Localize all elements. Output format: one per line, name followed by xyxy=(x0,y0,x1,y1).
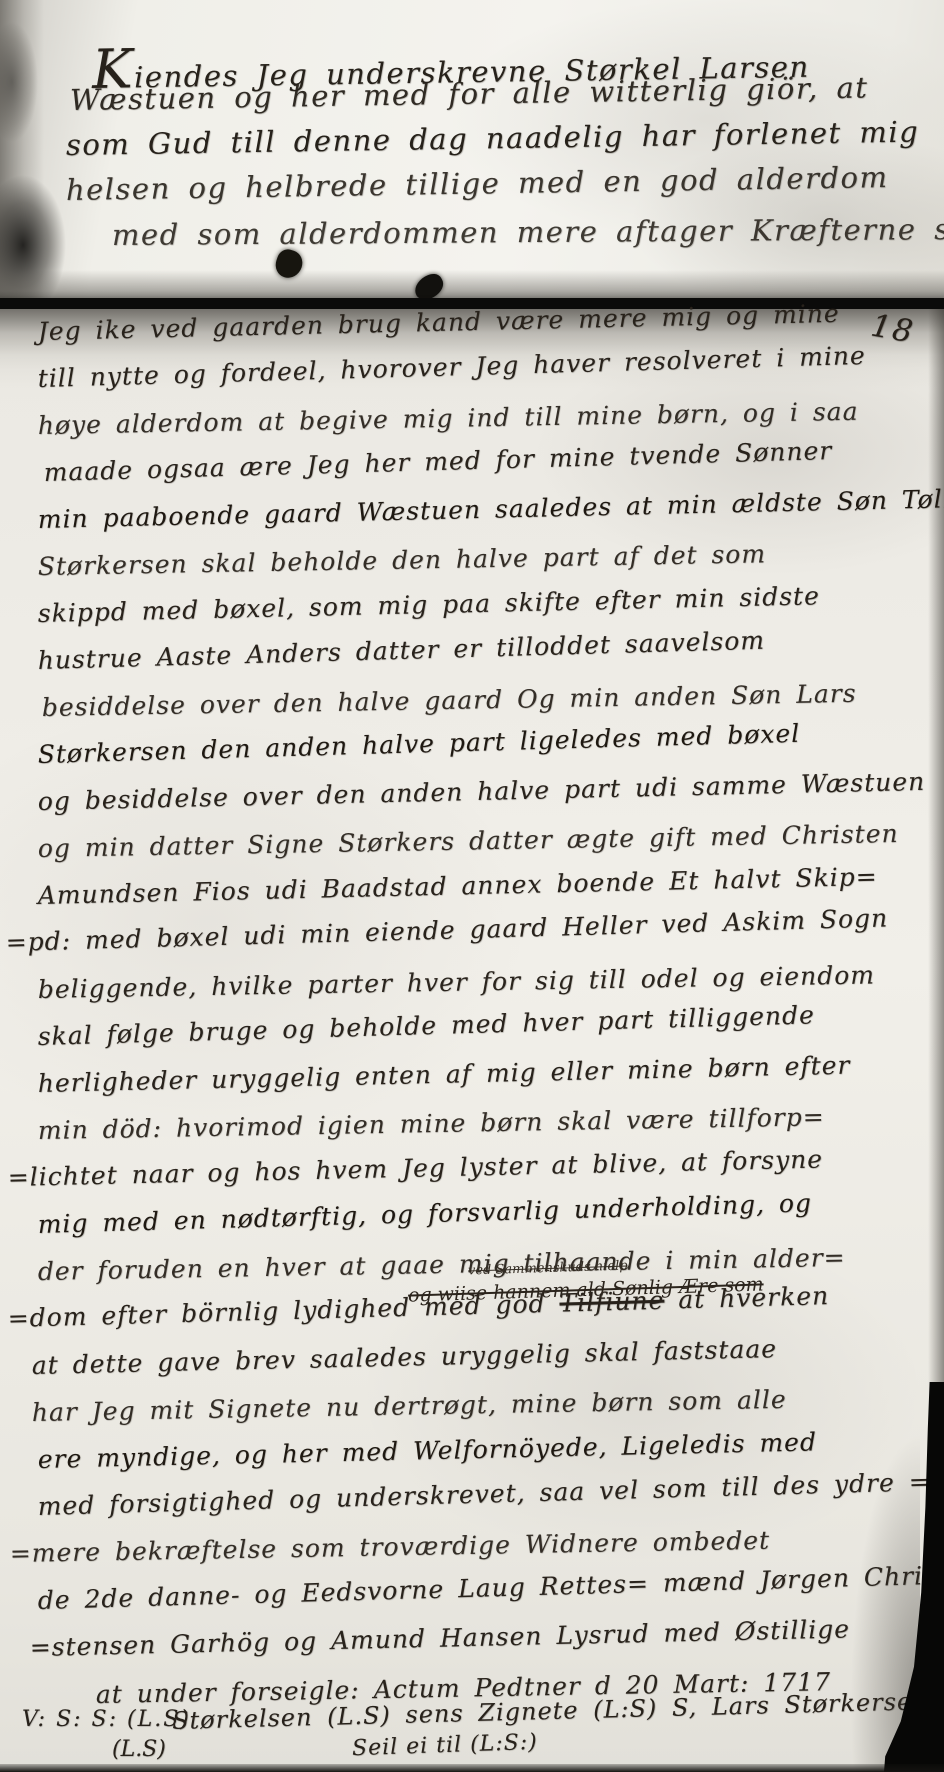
fragment-text-block: Kiendes Jeg underskrevne Størkel Larsen … xyxy=(0,38,944,258)
page-edge-shadow xyxy=(0,270,944,298)
main-text-block: Jeg ike ved gaarden brug kand være mere … xyxy=(0,317,944,1727)
signature-row: Seil ei til (L:S:) xyxy=(352,1730,539,1761)
seal-mark: (L.S) xyxy=(112,1737,166,1762)
manuscript-scan: Kiendes Jeg underskrevne Størkel Larsen … xyxy=(0,0,944,1772)
book-edge-dark xyxy=(0,1764,944,1772)
manuscript-page: 18 Jeg ike ved gaarden brug kand være me… xyxy=(0,309,944,1772)
handwritten-line: med som alderdommen mere aftager Kræfter… xyxy=(112,212,944,258)
previous-page-fragment: Kiendes Jeg underskrevne Størkel Larsen … xyxy=(0,0,944,298)
signature-mark: V: S: S: (L.S) xyxy=(22,1707,191,1732)
